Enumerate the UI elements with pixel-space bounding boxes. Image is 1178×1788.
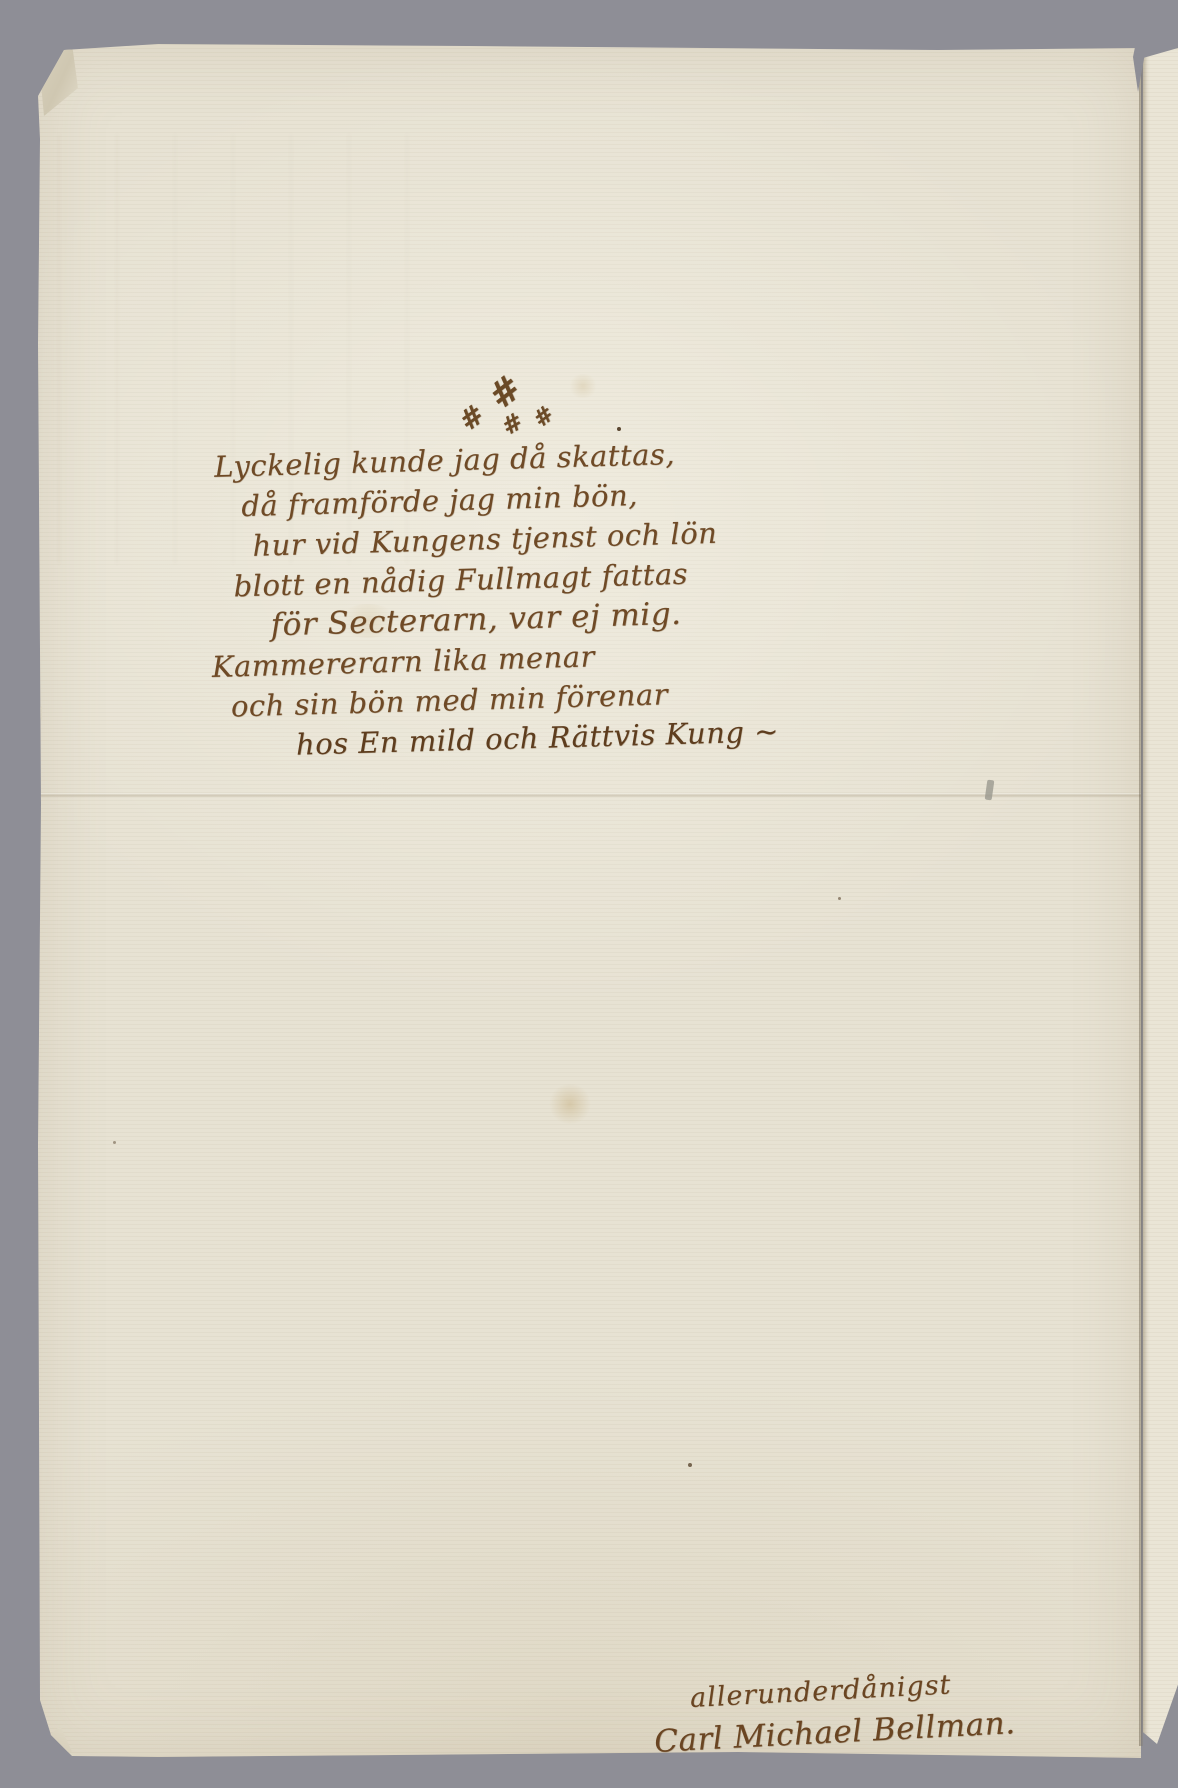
scan-backdrop: { "page": { "background_color": "#8e8e96…: [0, 0, 1178, 1788]
signature-block: allerunderdånigst Carl Michael Bellman.: [621, 1661, 1104, 1761]
horizontal-fold-crease: [38, 793, 1141, 798]
stain-spot: [548, 1084, 592, 1124]
left-edge-nick: [33, 706, 42, 720]
manuscript-page: # # # # Lyckelig kunde jag då skattas, d…: [38, 44, 1141, 1758]
bottom-left-corner-fold: [46, 1726, 72, 1756]
pen-mark: #: [528, 400, 560, 433]
handwritten-poem: Lyckelig kunde jag då skattas, då framfö…: [206, 425, 1005, 767]
ink-speck: [838, 897, 841, 900]
adjacent-leaf-strip: [1143, 48, 1178, 1744]
left-edge-nick: [33, 796, 41, 808]
top-left-corner-fold: [38, 44, 78, 116]
pen-mark: #: [453, 397, 491, 437]
ink-speck: [617, 427, 621, 431]
ink-speck: [688, 1463, 692, 1467]
ink-speck: [113, 1141, 116, 1144]
vertical-fold-shadow: [1139, 46, 1143, 1746]
